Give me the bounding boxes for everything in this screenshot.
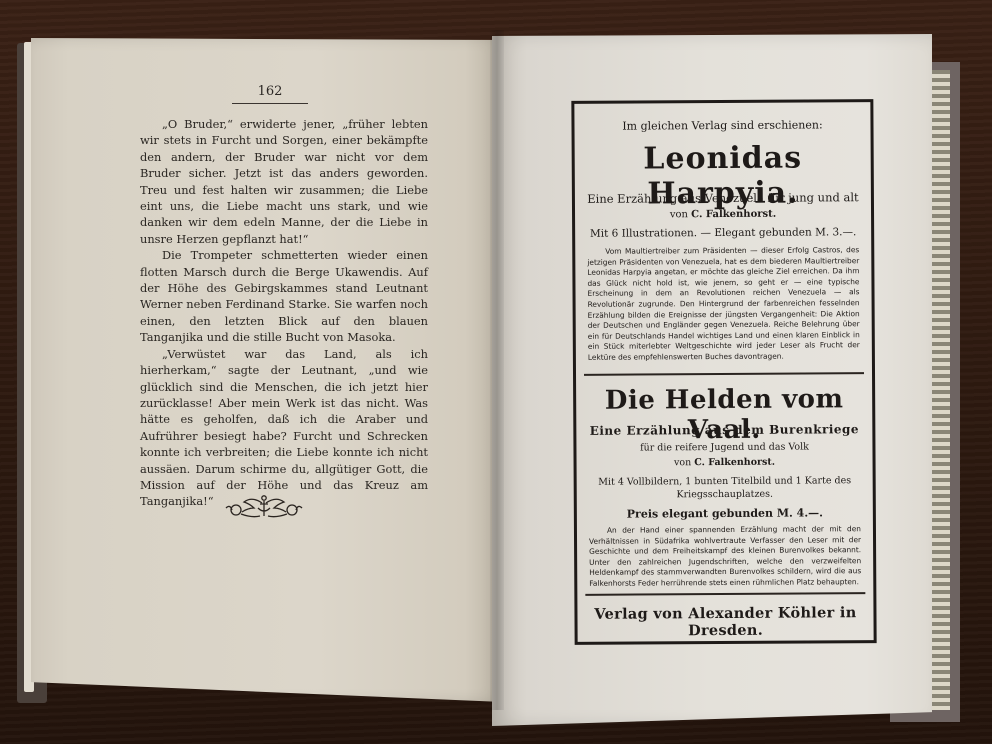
author-prefix: von bbox=[670, 209, 688, 220]
book-author: von C. Falkenhorst. bbox=[575, 208, 871, 221]
book-subtitle: Eine Erzählung aus Venezuela für jung un… bbox=[575, 190, 871, 206]
publisher-imprint: Verlag von Alexander Köhler in Dresden. bbox=[577, 604, 873, 640]
book-description: An der Hand einer spannenden Erzählung m… bbox=[589, 524, 861, 589]
ad-intro: Im gleichen Verlag sind erschienen: bbox=[574, 118, 870, 133]
author-prefix: von bbox=[674, 457, 691, 468]
divider bbox=[584, 372, 864, 376]
book-audience: für die reifere Jugend und das Volk bbox=[576, 441, 872, 454]
book-author: von C. Falkenhorst. bbox=[577, 456, 873, 469]
paragraph: „Verwüstet war das Land, als ich hierher… bbox=[140, 346, 428, 510]
book-gutter bbox=[490, 30, 504, 710]
book-details: Mit 6 Illustrationen. — Elegant gebunden… bbox=[575, 226, 871, 240]
eagle-ornament-icon bbox=[222, 494, 306, 520]
paragraph: Die Trompeter schmetterten wieder einen … bbox=[140, 247, 428, 345]
author-name: C. Falkenhorst. bbox=[694, 457, 775, 468]
paragraph: „O Bruder,“ erwiderte jener, „früher leb… bbox=[140, 116, 428, 247]
book-description: Vom Maultiertreiber zum Präsidenten — di… bbox=[587, 245, 860, 363]
author-name: C. Falkenhorst. bbox=[691, 209, 776, 221]
book-price: Preis elegant gebunden M. 4.—. bbox=[577, 506, 873, 521]
book-details: Mit 4 Vollbildern, 1 bunten Titelbild un… bbox=[597, 474, 853, 502]
page-number: 162 bbox=[232, 84, 308, 104]
story-text: „O Bruder,“ erwiderte jener, „früher leb… bbox=[140, 116, 428, 510]
book-subtitle: Eine Erzählung aus dem Burenkriege bbox=[576, 422, 872, 438]
divider bbox=[585, 592, 865, 596]
publisher-advertisement: Im gleichen Verlag sind erschienen: Leon… bbox=[571, 99, 876, 645]
